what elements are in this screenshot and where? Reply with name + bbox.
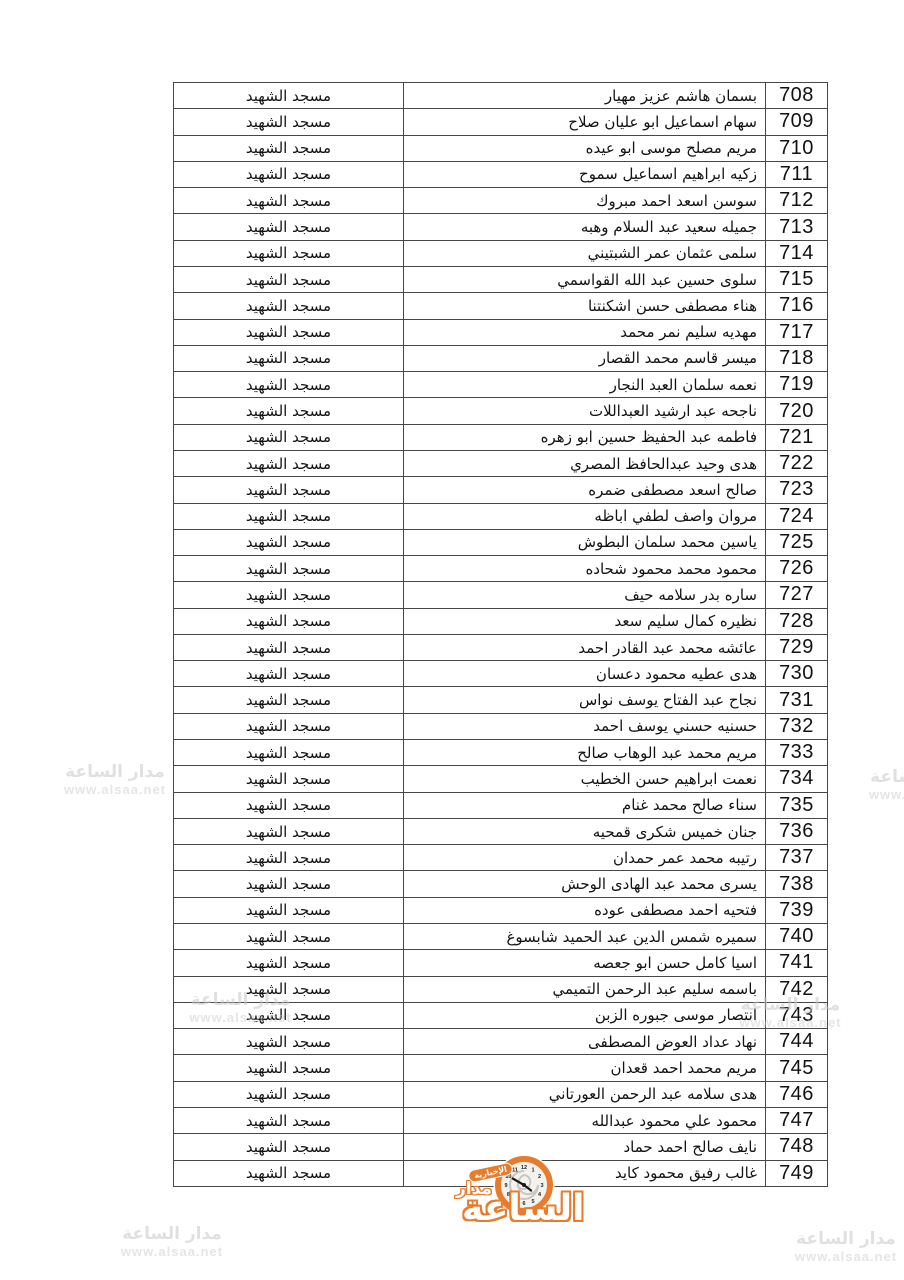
table-row: مسجد الشهيدانتصار موسى جبوره الزبن743 <box>174 1003 827 1029</box>
serial-number-cell: 714 <box>766 241 827 266</box>
table-row: مسجد الشهيدسناء صالح محمد غنام735 <box>174 793 827 819</box>
person-name-cell: انتصار موسى جبوره الزبن <box>403 1003 766 1028</box>
serial-number-cell: 739 <box>766 898 827 923</box>
serial-number-cell: 747 <box>766 1108 827 1133</box>
person-name-cell: هدى وحيد عبدالحافظ المصري <box>403 451 766 476</box>
watermark-url-text: www.alsaa.net <box>786 1250 904 1265</box>
mosque-cell: مسجد الشهيد <box>174 977 403 1002</box>
mosque-cell: مسجد الشهيد <box>174 1055 403 1080</box>
serial-number-cell: 748 <box>766 1134 827 1159</box>
table-row: مسجد الشهيدغالب رفيق محمود كايد749 <box>174 1161 827 1186</box>
mosque-cell: مسجد الشهيد <box>174 372 403 397</box>
serial-number-cell: 718 <box>766 346 827 371</box>
serial-number-cell: 721 <box>766 425 827 450</box>
person-name-cell: يسرى محمد عبد الهادى الوحش <box>403 871 766 896</box>
table-row: مسجد الشهيدنعمه سلمان العبد النجار719 <box>174 372 827 398</box>
table-row: مسجد الشهيدباسمه سليم عبد الرحمن التميمي… <box>174 977 827 1003</box>
mosque-cell: مسجد الشهيد <box>174 714 403 739</box>
table-row: مسجد الشهيدمريم محمد عبد الوهاب صالح733 <box>174 740 827 766</box>
table-row: مسجد الشهيدزكيه ابراهيم اسماعيل سموح711 <box>174 162 827 188</box>
mosque-cell: مسجد الشهيد <box>174 109 403 134</box>
person-name-cell: هدى عطيه محمود دعسان <box>403 661 766 686</box>
person-name-cell: نايف صالح احمد حماد <box>403 1134 766 1159</box>
serial-number-cell: 710 <box>766 136 827 161</box>
person-name-cell: حسنيه حسني يوسف احمد <box>403 714 766 739</box>
watermark-brand-text: مدار الساعة <box>786 1230 904 1250</box>
mosque-cell: مسجد الشهيد <box>174 871 403 896</box>
table-row: مسجد الشهيدمحمود محمد محمود شحاده726 <box>174 556 827 582</box>
serial-number-cell: 740 <box>766 924 827 949</box>
serial-number-cell: 717 <box>766 320 827 345</box>
mosque-cell: مسجد الشهيد <box>174 504 403 529</box>
table-row: مسجد الشهيدفاطمه عبد الحفيظ حسين ابو زهر… <box>174 425 827 451</box>
svg-text:5: 5 <box>531 1199 534 1205</box>
mosque-cell: مسجد الشهيد <box>174 214 403 239</box>
mosque-cell: مسجد الشهيد <box>174 162 403 187</box>
svg-text:7: 7 <box>513 1199 516 1205</box>
serial-number-cell: 742 <box>766 977 827 1002</box>
serial-number-cell: 723 <box>766 477 827 502</box>
table-row: مسجد الشهيدنايف صالح احمد حماد748 <box>174 1134 827 1160</box>
table-row: مسجد الشهيدهناء مصطفى حسن اشكنتنا716 <box>174 293 827 319</box>
table-row: مسجد الشهيدصالح اسعد مصطفى ضمره723 <box>174 477 827 503</box>
person-name-cell: مروان واصف لطفي اباظه <box>403 504 766 529</box>
person-name-cell: مريم محمد احمد قعدان <box>403 1055 766 1080</box>
table-row: مسجد الشهيدناجحه عبد ارشيد العبداللات720 <box>174 398 827 424</box>
mosque-cell: مسجد الشهيد <box>174 1029 403 1054</box>
person-name-cell: ياسين محمد سلمان البطوش <box>403 530 766 555</box>
serial-number-cell: 746 <box>766 1082 827 1107</box>
table-row: مسجد الشهيدميسر قاسم محمد القصار718 <box>174 346 827 372</box>
serial-number-cell: 711 <box>766 162 827 187</box>
serial-number-cell: 736 <box>766 819 827 844</box>
table-row: مسجد الشهيدسلمى عثمان عمر الشبتيني714 <box>174 241 827 267</box>
table-row: مسجد الشهيدسهام اسماعيل ابو عليان صلاح70… <box>174 109 827 135</box>
serial-number-cell: 737 <box>766 845 827 870</box>
serial-number-cell: 733 <box>766 740 827 765</box>
table-row: مسجد الشهيدهدى وحيد عبدالحافظ المصري722 <box>174 451 827 477</box>
mosque-cell: مسجد الشهيد <box>174 293 403 318</box>
serial-number-cell: 712 <box>766 188 827 213</box>
mosque-cell: مسجد الشهيد <box>174 924 403 949</box>
person-name-cell: سلمى عثمان عمر الشبتيني <box>403 241 766 266</box>
person-name-cell: محمود محمد محمود شحاده <box>403 556 766 581</box>
watermark-url-text: www.alsaa.net <box>112 1245 232 1260</box>
table-row: مسجد الشهيدمحمود علي محمود عبدالله747 <box>174 1108 827 1134</box>
person-name-cell: ساره بدر سلامه حيف <box>403 582 766 607</box>
serial-number-cell: 725 <box>766 530 827 555</box>
serial-number-cell: 735 <box>766 793 827 818</box>
watermark-brand-text: مدار الساعة <box>112 1225 232 1245</box>
mosque-cell: مسجد الشهيد <box>174 188 403 213</box>
person-name-cell: محمود علي محمود عبدالله <box>403 1108 766 1133</box>
serial-number-cell: 744 <box>766 1029 827 1054</box>
serial-number-cell: 724 <box>766 504 827 529</box>
mosque-cell: مسجد الشهيد <box>174 451 403 476</box>
mosque-cell: مسجد الشهيد <box>174 1003 403 1028</box>
table-row: مسجد الشهيدمريم محمد احمد قعدان745 <box>174 1055 827 1081</box>
table-row: مسجد الشهيدياسين محمد سلمان البطوش725 <box>174 530 827 556</box>
table-row: مسجد الشهيدهدى سلامه عبد الرحمن العورتان… <box>174 1082 827 1108</box>
serial-number-cell: 720 <box>766 398 827 423</box>
person-name-cell: بسمان هاشم عزيز مهيار <box>403 83 766 108</box>
mosque-cell: مسجد الشهيد <box>174 1161 403 1186</box>
serial-number-cell: 715 <box>766 267 827 292</box>
table-row: مسجد الشهيدجميله سعيد عبد السلام وهبه713 <box>174 214 827 240</box>
serial-number-cell: 722 <box>766 451 827 476</box>
person-name-cell: مريم مصلح موسى ابو عيده <box>403 136 766 161</box>
person-name-cell: هدى سلامه عبد الرحمن العورتاني <box>403 1082 766 1107</box>
mosque-cell: مسجد الشهيد <box>174 556 403 581</box>
svg-text:4: 4 <box>538 1192 542 1198</box>
person-name-cell: فتحيه احمد مصطفى عوده <box>403 898 766 923</box>
table-row: مسجد الشهيدعائشه محمد عبد القادر احمد729 <box>174 635 827 661</box>
site-watermark: مدار الساعة www.alsaa.net <box>112 1225 232 1259</box>
serial-number-cell: 716 <box>766 293 827 318</box>
serial-number-cell: 719 <box>766 372 827 397</box>
person-name-cell: نعمه سلمان العبد النجار <box>403 372 766 397</box>
table-row: مسجد الشهيدسوسن اسعد احمد مبروك712 <box>174 188 827 214</box>
person-name-cell: نجاح عبد الفتاح يوسف نواس <box>403 687 766 712</box>
mosque-cell: مسجد الشهيد <box>174 1108 403 1133</box>
serial-number-cell: 743 <box>766 1003 827 1028</box>
mosque-cell: مسجد الشهيد <box>174 398 403 423</box>
site-watermark: مدار الساعة www.alsaa.net <box>786 1230 904 1264</box>
person-name-cell: نهاد عداد العوض المصطفى <box>403 1029 766 1054</box>
table-row: مسجد الشهيدحسنيه حسني يوسف احمد732 <box>174 714 827 740</box>
mosque-cell: مسجد الشهيد <box>174 898 403 923</box>
mosque-cell: مسجد الشهيد <box>174 661 403 686</box>
mosque-cell: مسجد الشهيد <box>174 950 403 975</box>
table-row: مسجد الشهيدمروان واصف لطفي اباظه724 <box>174 504 827 530</box>
person-name-cell: سوسن اسعد احمد مبروك <box>403 188 766 213</box>
mosque-cell: مسجد الشهيد <box>174 766 403 791</box>
serial-number-cell: 738 <box>766 871 827 896</box>
table-row: مسجد الشهيدجنان خميس شكرى قمحيه736 <box>174 819 827 845</box>
table-row: مسجد الشهيدسلوى حسين عبد الله القواسمي71… <box>174 267 827 293</box>
table-row: مسجد الشهيديسرى محمد عبد الهادى الوحش738 <box>174 871 827 897</box>
document-page: مسجد الشهيدبسمان هاشم عزيز مهيار708مسجد … <box>0 0 904 1280</box>
serial-number-cell: 726 <box>766 556 827 581</box>
person-name-cell: سميره شمس الدين عبد الحميد شابسوغ <box>403 924 766 949</box>
table-row: مسجد الشهيدهدى عطيه محمود دعسان730 <box>174 661 827 687</box>
person-name-cell: فاطمه عبد الحفيظ حسين ابو زهره <box>403 425 766 450</box>
person-name-cell: عائشه محمد عبد القادر احمد <box>403 635 766 660</box>
table-row: مسجد الشهيدنظيره كمال سليم سعد728 <box>174 609 827 635</box>
person-name-cell: ميسر قاسم محمد القصار <box>403 346 766 371</box>
table-row: مسجد الشهيدسميره شمس الدين عبد الحميد شا… <box>174 924 827 950</box>
person-name-cell: مريم محمد عبد الوهاب صالح <box>403 740 766 765</box>
person-name-cell: سهام اسماعيل ابو عليان صلاح <box>403 109 766 134</box>
serial-number-cell: 741 <box>766 950 827 975</box>
mosque-cell: مسجد الشهيد <box>174 1134 403 1159</box>
person-name-cell: جنان خميس شكرى قمحيه <box>403 819 766 844</box>
mosque-cell: مسجد الشهيد <box>174 83 403 108</box>
table-row: مسجد الشهيدنجاح عبد الفتاح يوسف نواس731 <box>174 687 827 713</box>
table-row: مسجد الشهيداسيا كامل حسن ابو جعصه741 <box>174 950 827 976</box>
table-row: مسجد الشهيدساره بدر سلامه حيف727 <box>174 582 827 608</box>
person-name-cell: اسيا كامل حسن ابو جعصه <box>403 950 766 975</box>
person-name-cell: هناء مصطفى حسن اشكنتنا <box>403 293 766 318</box>
serial-number-cell: 728 <box>766 609 827 634</box>
person-name-cell: جميله سعيد عبد السلام وهبه <box>403 214 766 239</box>
serial-number-cell: 708 <box>766 83 827 108</box>
table-row: مسجد الشهيدبسمان هاشم عزيز مهيار708 <box>174 83 827 109</box>
person-name-cell: نظيره كمال سليم سعد <box>403 609 766 634</box>
brand-main-text: الساعة <box>462 1188 584 1229</box>
person-name-cell: ناجحه عبد ارشيد العبداللات <box>403 398 766 423</box>
table-row: مسجد الشهيدفتحيه احمد مصطفى عوده739 <box>174 898 827 924</box>
mosque-cell: مسجد الشهيد <box>174 425 403 450</box>
mosque-cell: مسجد الشهيد <box>174 740 403 765</box>
mosque-cell: مسجد الشهيد <box>174 320 403 345</box>
table-row: مسجد الشهيدرتيبه محمد عمر حمدان737 <box>174 845 827 871</box>
person-name-cell: نعمت ابراهيم حسن الخطيب <box>403 766 766 791</box>
table-row: مسجد الشهيدنهاد عداد العوض المصطفى744 <box>174 1029 827 1055</box>
table-row: مسجد الشهيدنعمت ابراهيم حسن الخطيب734 <box>174 766 827 792</box>
serial-number-cell: 727 <box>766 582 827 607</box>
mosque-cell: مسجد الشهيد <box>174 609 403 634</box>
serial-number-cell: 713 <box>766 214 827 239</box>
person-name-cell: مهديه سليم نمر محمد <box>403 320 766 345</box>
mosque-cell: مسجد الشهيد <box>174 793 403 818</box>
mosque-cell: مسجد الشهيد <box>174 687 403 712</box>
svg-text:6: 6 <box>522 1201 525 1207</box>
person-name-cell: صالح اسعد مصطفى ضمره <box>403 477 766 502</box>
table-row: مسجد الشهيدمهديه سليم نمر محمد717 <box>174 320 827 346</box>
mosque-cell: مسجد الشهيد <box>174 845 403 870</box>
mosque-cell: مسجد الشهيد <box>174 346 403 371</box>
mosque-cell: مسجد الشهيد <box>174 241 403 266</box>
person-name-cell: سناء صالح محمد غنام <box>403 793 766 818</box>
serial-number-cell: 730 <box>766 661 827 686</box>
mosque-cell: مسجد الشهيد <box>174 530 403 555</box>
serial-number-cell: 732 <box>766 714 827 739</box>
table-row: مسجد الشهيدمريم مصلح موسى ابو عيده710 <box>174 136 827 162</box>
person-name-cell: باسمه سليم عبد الرحمن التميمي <box>403 977 766 1002</box>
mosque-cell: مسجد الشهيد <box>174 819 403 844</box>
serial-number-cell: 734 <box>766 766 827 791</box>
serial-number-cell: 731 <box>766 687 827 712</box>
person-name-cell: زكيه ابراهيم اسماعيل سموح <box>403 162 766 187</box>
mosque-cell: مسجد الشهيد <box>174 635 403 660</box>
person-name-cell: رتيبه محمد عمر حمدان <box>403 845 766 870</box>
person-name-cell: سلوى حسين عبد الله القواسمي <box>403 267 766 292</box>
svg-text:8: 8 <box>507 1192 510 1198</box>
serial-number-cell: 749 <box>766 1161 827 1186</box>
mosque-cell: مسجد الشهيد <box>174 582 403 607</box>
mosque-cell: مسجد الشهيد <box>174 267 403 292</box>
serial-number-cell: 729 <box>766 635 827 660</box>
person-name-cell: غالب رفيق محمود كايد <box>403 1161 766 1186</box>
mosque-cell: مسجد الشهيد <box>174 1082 403 1107</box>
mosque-cell: مسجد الشهيد <box>174 477 403 502</box>
serial-number-cell: 745 <box>766 1055 827 1080</box>
names-table: مسجد الشهيدبسمان هاشم عزيز مهيار708مسجد … <box>173 82 828 1187</box>
mosque-cell: مسجد الشهيد <box>174 136 403 161</box>
serial-number-cell: 709 <box>766 109 827 134</box>
